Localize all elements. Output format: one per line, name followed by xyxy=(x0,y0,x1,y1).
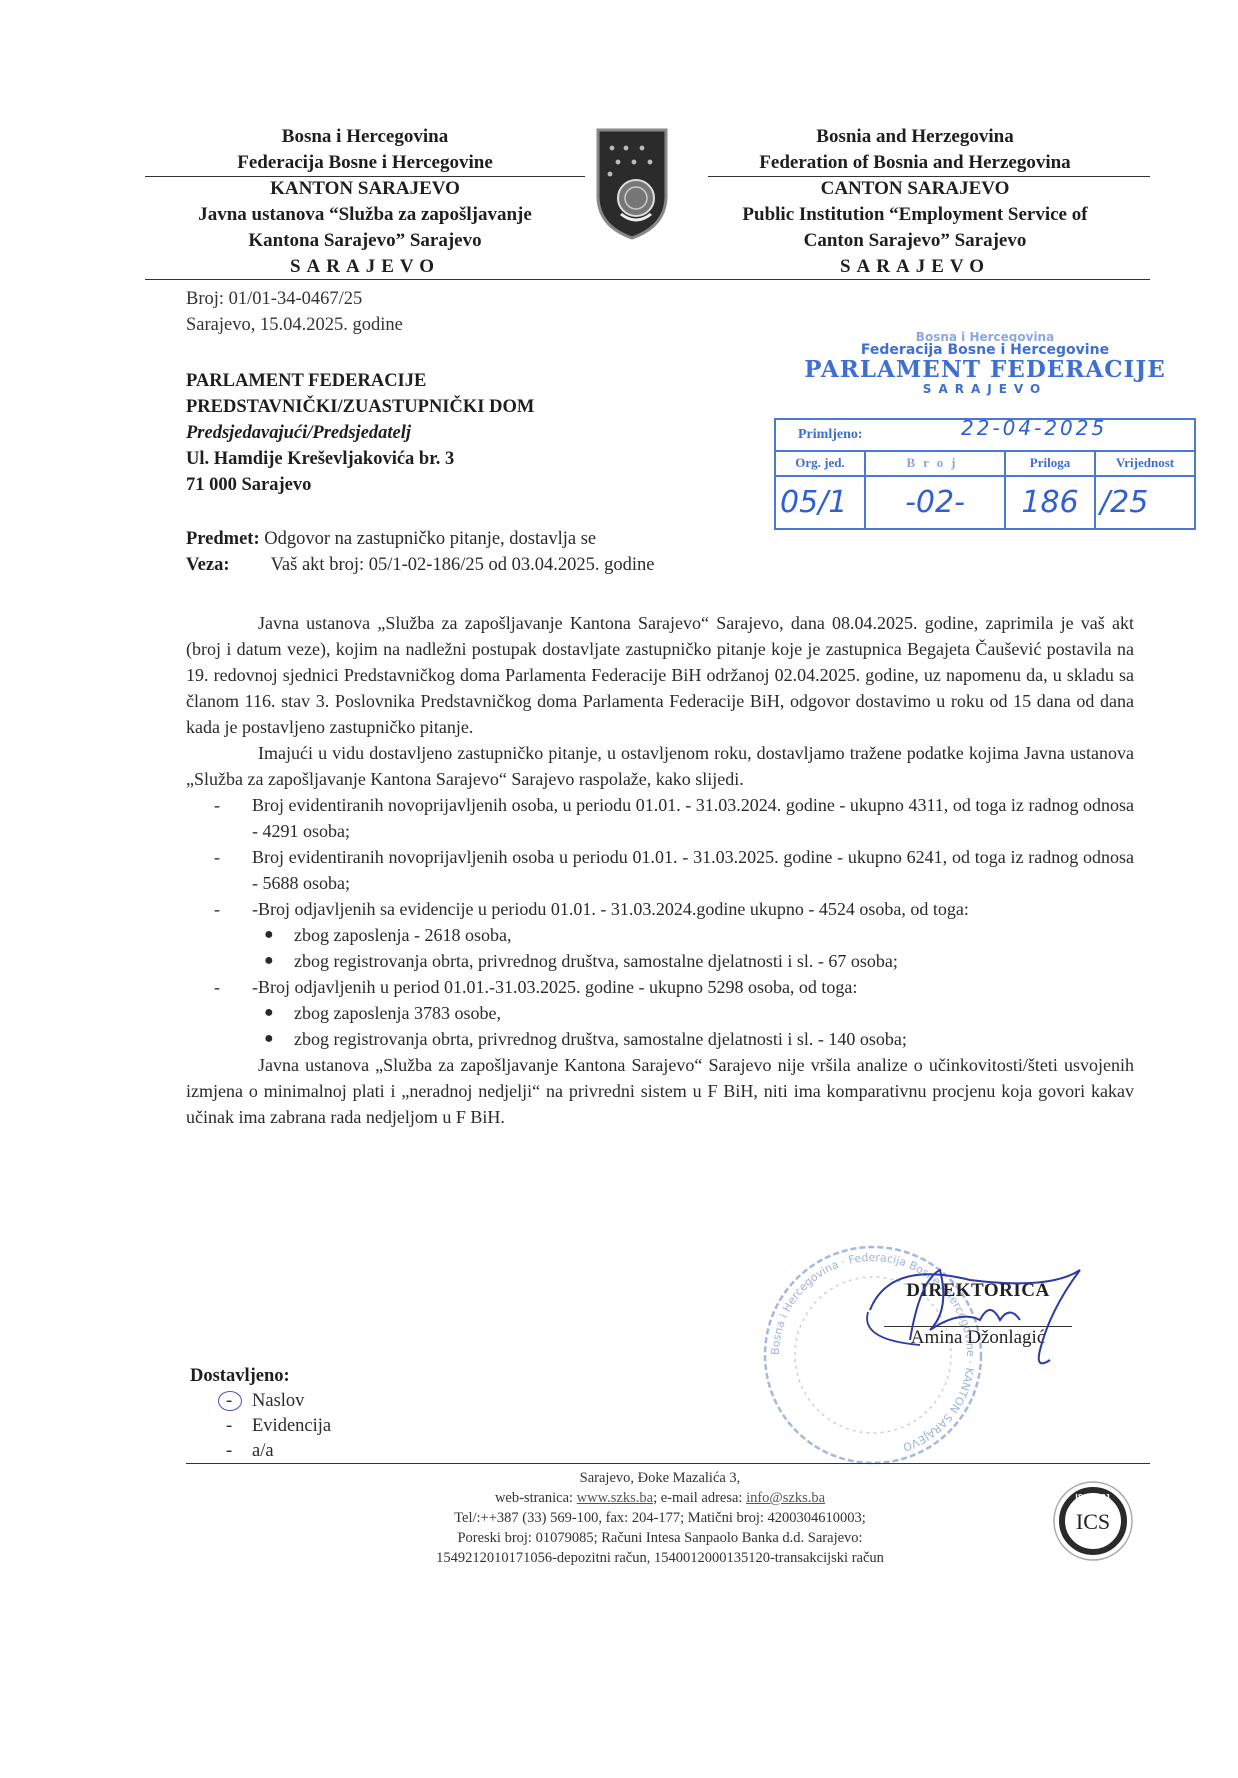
letterhead-canton: KANTON SARAJEVO xyxy=(150,176,580,202)
distribution-block: Dostavljeno: - Naslov -Evidencija -a/a xyxy=(190,1364,331,1464)
received-date: 22-04-2025 xyxy=(961,416,1107,440)
sub-list: ●zbog zaposlenja 3783 osobe, ●zbog regis… xyxy=(252,1000,1134,1052)
letterhead-institution-2: Kantona Sarajevo” Sarajevo xyxy=(150,228,580,254)
sub-list: ●zbog zaposlenja - 2618 osoba, ●zbog reg… xyxy=(252,922,1134,974)
distribution-item: -Evidencija xyxy=(190,1414,331,1439)
received-stamp: Bosna i Hercegovina Federacija Bosne i H… xyxy=(770,330,1200,396)
recipient-street: Ul. Hamdije Kreševljakovića br. 3 xyxy=(186,446,534,472)
letterhead-country: Bosna i Hercegovina xyxy=(150,124,580,150)
distribution-label: Dostavljeno: xyxy=(190,1366,290,1386)
data-item-text: Broj evidentiranih novoprijavljenih osob… xyxy=(252,847,1134,893)
reference-block: Broj: 01/01-34-0467/25 Sarajevo, 15.04.2… xyxy=(186,286,403,338)
subject-text: Odgovor na zastupničko pitanje, dostavlj… xyxy=(264,529,596,549)
letter-body: Javna ustanova „Služba za zapošljavanje … xyxy=(186,610,1134,1130)
bullet-icon: ● xyxy=(264,1000,274,1026)
footer-accounts: 1549212010171056-depozitni račun, 154001… xyxy=(340,1548,980,1568)
data-item: - -Broj odjavljenih u period 01.01.-31.0… xyxy=(178,974,1134,1052)
sub-item-text: zbog zaposlenja - 2618 osoba, xyxy=(294,925,511,945)
letterhead-institution-en: Public Institution “Employment Service o… xyxy=(680,202,1150,228)
footer: Sarajevo, Đoke Mazalića 3, web-stranica:… xyxy=(340,1468,980,1568)
body-paragraph-1: Javna ustanova „Služba za zapošljavanje … xyxy=(186,610,1134,740)
distribution-item-text: Naslov xyxy=(252,1391,304,1411)
received-stamp-table: Primljeno: 22-04-2025 Org. jed. Broj Pri… xyxy=(774,418,1196,530)
data-item-text: -Broj odjavljenih u period 01.01.-31.03.… xyxy=(252,977,857,997)
reference-number: Broj: 01/01-34-0467/25 xyxy=(186,286,403,312)
letterhead-right: Bosnia and Herzegovina Federation of Bos… xyxy=(680,124,1150,280)
recipient-city: 71 000 Sarajevo xyxy=(186,472,534,498)
link-line: Veza: Vaš akt broj: 05/1-02-186/25 od 03… xyxy=(186,552,654,578)
letterhead-city: SARAJEVO xyxy=(150,254,580,280)
value-org-unit: 05/1 xyxy=(775,476,865,529)
distribution-list: - Naslov -Evidencija -a/a xyxy=(190,1389,331,1464)
data-item: - -Broj odjavljenih sa evidencije u peri… xyxy=(178,896,1134,974)
stamp-city: SARAJEVO xyxy=(770,382,1200,396)
bullet-icon: ● xyxy=(264,922,274,948)
bullet-icon: ● xyxy=(264,1026,274,1052)
col-value: Vrijednost xyxy=(1095,451,1195,476)
col-org-unit: Org. jed. xyxy=(775,451,865,476)
value-attachments: 186 xyxy=(1005,476,1095,529)
body-paragraph-3: Javna ustanova „Služba za zapošljavanje … xyxy=(186,1052,1134,1130)
sub-item: ●zbog zaposlenja 3783 osobe, xyxy=(252,1000,1134,1026)
bullet-icon: ● xyxy=(264,948,274,974)
link-label: Veza: xyxy=(186,552,252,578)
distribution-item: - Naslov xyxy=(190,1389,331,1414)
received-label: Primljeno: xyxy=(798,427,863,442)
handwritten-signature-icon xyxy=(850,1250,1090,1380)
data-item-text: -Broj odjavljenih sa evidencije u period… xyxy=(252,899,969,919)
letterhead-canton-en: CANTON SARAJEVO xyxy=(680,176,1150,202)
coat-of-arms-icon xyxy=(594,126,670,242)
recipient-block: PARLAMENT FEDERACIJE PREDSTAVNIČKI/ZUAST… xyxy=(186,368,534,498)
subject-label: Predmet: xyxy=(186,526,260,552)
badge-main-text: ICS xyxy=(1076,1509,1110,1534)
recipient-role: Predsjedavajući/Predsjedatelj xyxy=(186,420,534,446)
col-attachments: Priloga xyxy=(1005,451,1095,476)
recipient-house: PREDSTAVNIČKI/ZUASTUPNIČKI DOM xyxy=(186,394,534,420)
footer-tax: Poreski broj: 01079085; Računi Intesa Sa… xyxy=(340,1528,980,1548)
iso-certification-badge-icon: ISO 9001 ICS xyxy=(1052,1480,1134,1562)
sub-item: ●zbog zaposlenja - 2618 osoba, xyxy=(252,922,1134,948)
data-item-text: Broj evidentiranih novoprijavljenih osob… xyxy=(252,795,1134,841)
data-list: - Broj evidentiranih novoprijavljenih os… xyxy=(178,792,1134,1052)
distribution-item-text: a/a xyxy=(252,1441,274,1461)
stamp-country: Bosna i Hercegovina xyxy=(770,330,1200,342)
letterhead-institution-en-2: Canton Sarajevo” Sarajevo xyxy=(680,228,1150,254)
link-text: Vaš akt broj: 05/1-02-186/25 od 03.04.20… xyxy=(271,555,655,575)
data-item: - Broj evidentiranih novoprijavljenih os… xyxy=(178,792,1134,844)
recipient-name: PARLAMENT FEDERACIJE xyxy=(186,368,534,394)
letterhead-institution: Javna ustanova “Služba za zapošljavanje xyxy=(150,202,580,228)
value-value: /25 xyxy=(1095,476,1195,529)
distribution-item-text: Evidencija xyxy=(252,1416,331,1436)
badge-top-text: ISO 9001 xyxy=(1075,1493,1111,1501)
letterhead-city-en: SARAJEVO xyxy=(680,254,1150,280)
received-row: Primljeno: 22-04-2025 xyxy=(775,419,1195,451)
letterhead-federation-en: Federation of Bosnia and Herzegovina xyxy=(680,150,1150,176)
website-link[interactable]: www.szks.ba xyxy=(577,1490,653,1506)
email-link[interactable]: info@szks.ba xyxy=(746,1490,825,1506)
letterhead-federation: Federacija Bosne i Hercegovine xyxy=(150,150,580,176)
distribution-item: -a/a xyxy=(190,1439,331,1464)
footer-web-email: web-stranica: www.szks.ba; e-mail adresa… xyxy=(340,1488,980,1508)
value-number: -02- xyxy=(865,476,1005,529)
body-paragraph-2: Imajući u vidu dostavljeno zastupničko p… xyxy=(186,740,1134,792)
sub-item-text: zbog registrovanja obrta, privrednog dru… xyxy=(294,1029,907,1049)
sub-item: ●zbog registrovanja obrta, privrednog dr… xyxy=(252,948,1134,974)
circle-mark-icon xyxy=(218,1391,242,1411)
sub-item-text: zbog registrovanja obrta, privrednog dru… xyxy=(294,951,898,971)
col-number: Broj xyxy=(865,451,1005,476)
data-item: - Broj evidentiranih novoprijavljenih os… xyxy=(178,844,1134,896)
footer-phone: Tel/:++387 (33) 569-100, fax: 204-177; M… xyxy=(340,1508,980,1528)
subject-block: Predmet: Odgovor na zastupničko pitanje,… xyxy=(186,526,654,578)
sub-item: ●zbog registrovanja obrta, privrednog dr… xyxy=(252,1026,1134,1052)
letterhead-country-en: Bosnia and Herzegovina xyxy=(680,124,1150,150)
sub-item-text: zbog zaposlenja 3783 osobe, xyxy=(294,1003,501,1023)
subject-line: Predmet: Odgovor na zastupničko pitanje,… xyxy=(186,526,654,552)
letterhead-left: Bosna i Hercegovina Federacija Bosne i H… xyxy=(150,124,580,280)
reference-date: Sarajevo, 15.04.2025. godine xyxy=(186,312,403,338)
footer-address: Sarajevo, Đoke Mazalića 3, xyxy=(340,1468,980,1488)
stamp-parliament: PARLAMENT FEDERACIJE xyxy=(770,358,1200,382)
